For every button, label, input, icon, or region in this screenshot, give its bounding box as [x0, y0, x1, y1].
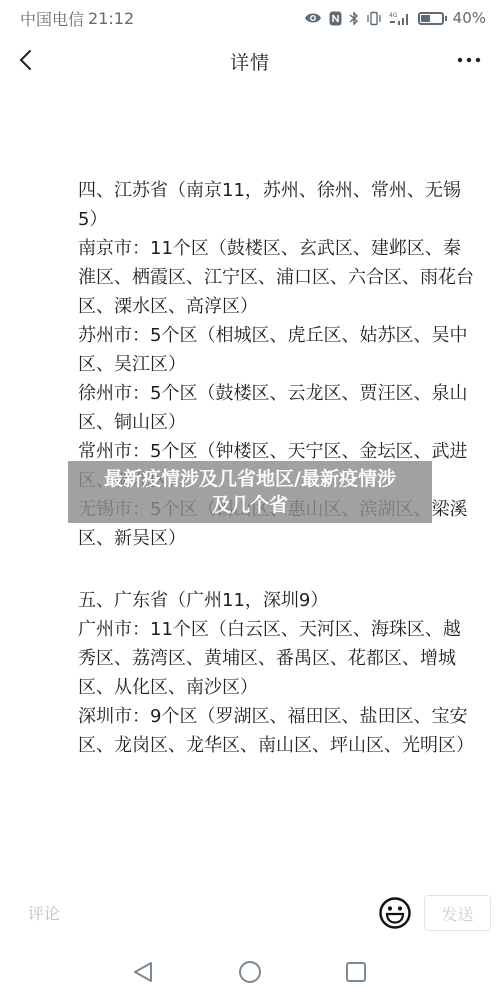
4g-signal-icon: 4G [389, 11, 411, 26]
carrier-label: 中国电信 [20, 7, 84, 30]
nfc-icon [329, 11, 342, 26]
status-bar: 中国电信 21:12 4G 40% [0, 0, 500, 36]
more-horizontal-icon [457, 57, 481, 63]
triangle-back-icon [131, 960, 155, 984]
bluetooth-icon [349, 11, 359, 26]
city-line: 深圳市：9个区（罗湖区、福田区、盐田区、宝安区、龙岗区、龙华区、南山区、坪山区、… [78, 702, 478, 760]
city-line: 苏州市：5个区（相城区、虎丘区、姑苏区、吴中区、吴江区） [78, 321, 478, 379]
status-left: 中国电信 21:12 [20, 7, 134, 30]
city-line: 南京市：11个区（鼓楼区、玄武区、建邺区、秦淮区、栖霞区、江宁区、浦口区、六合区… [78, 234, 478, 321]
smiley-icon [378, 896, 412, 930]
battery-percent: 40% [453, 9, 486, 27]
chevron-left-icon [18, 48, 34, 72]
province-heading: 四、江苏省（南京11，苏州、徐州、常州、无锡5） [78, 176, 478, 234]
vibrate-icon [366, 11, 382, 26]
emoji-button[interactable] [378, 896, 412, 930]
page-title: 详情 [230, 48, 270, 75]
clock: 21:12 [88, 9, 134, 28]
paragraph-guangdong: 五、广东省（广州11，深圳9） 广州市：11个区（白云区、天河区、海珠区、越秀区… [78, 586, 478, 760]
comment-bar: 评论 发送 [0, 893, 500, 933]
overlay-line-2: 及几个省 [212, 492, 288, 518]
send-button[interactable]: 发送 [424, 895, 491, 931]
system-home-button[interactable] [238, 960, 262, 984]
overlay-line-1: 最新疫情涉及几省地区/最新疫情涉 [104, 466, 396, 492]
city-line: 广州市：11个区（白云区、天河区、海珠区、越秀区、荔湾区、黄埔区、番禺区、花都区… [78, 615, 478, 702]
system-nav-bar [0, 950, 500, 986]
system-recents-button[interactable] [344, 960, 368, 984]
svg-text:4G: 4G [389, 12, 398, 19]
battery-icon [418, 12, 444, 25]
comment-input[interactable]: 评论 [28, 901, 60, 924]
circle-home-icon [238, 960, 262, 984]
title-overlay-banner: 最新疫情涉及几省地区/最新疫情涉 及几个省 [68, 461, 432, 523]
back-button[interactable] [12, 46, 40, 74]
eye-icon [304, 11, 322, 25]
city-line: 徐州市：5个区（鼓楼区、云龙区、贾汪区、泉山区、铜山区） [78, 379, 478, 437]
more-button[interactable] [454, 50, 484, 70]
system-back-button[interactable] [131, 960, 155, 984]
status-right: 4G 40% [304, 9, 486, 27]
province-heading: 五、广东省（广州11，深圳9） [78, 586, 478, 615]
top-nav-bar: 详情 [0, 36, 500, 86]
square-recents-icon [344, 960, 368, 984]
